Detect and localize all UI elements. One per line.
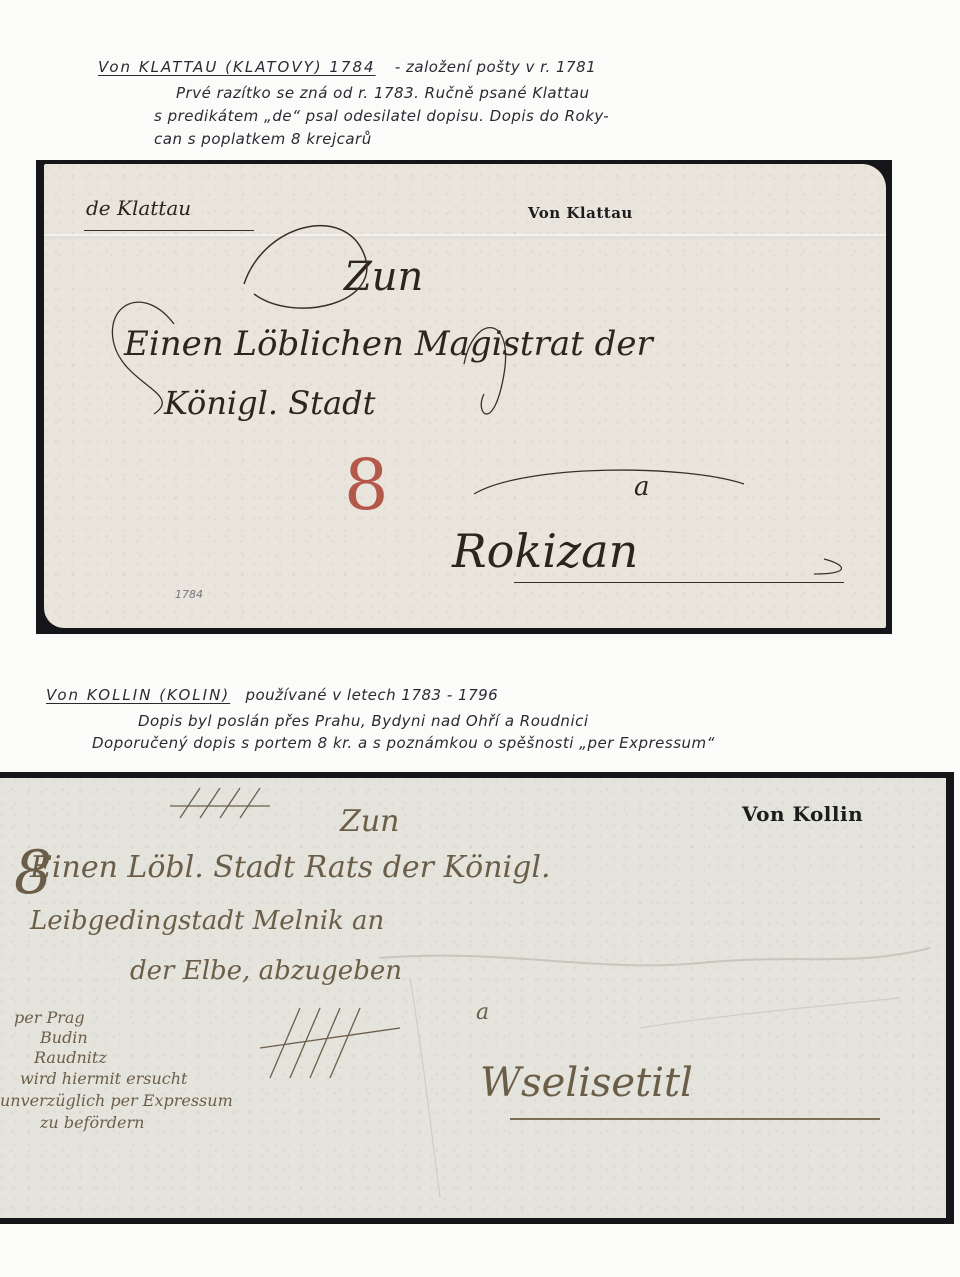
routing-note: per Prag Budin Raudnitz wird hiermit ers…: [0, 1008, 233, 1134]
section2-line-1: Dopis byl poslán přes Prahu, Bydyni nad …: [138, 712, 589, 730]
address-destination: Wselisetitl: [480, 1060, 693, 1106]
address-a: a: [476, 1000, 489, 1025]
section1-title: Von KLATTAU (KLATOVY) 1784: [98, 58, 376, 76]
fold-line: [44, 234, 886, 236]
section1-subtitle: - založení pošty v r. 1781: [395, 58, 596, 76]
pencil-year-note: 1784: [175, 588, 203, 601]
section1-caption: Von KLATTAU (KLATOVY) 1784 - založení po…: [98, 58, 596, 76]
manuscript-origin: de Klattau: [86, 196, 191, 220]
origin-underline: [84, 230, 254, 231]
address-line-2: Leibgedingstadt Melnik an: [30, 906, 384, 936]
routing-line-4: wird hiermit ersucht: [20, 1068, 253, 1090]
routing-line-6: zu befördern: [40, 1112, 273, 1134]
section1-line-3: can s poplatkem 8 krejcarů: [154, 130, 372, 148]
address-line-2: Königl. Stadt: [164, 384, 375, 422]
routing-line-5: unverzüglich per Expressum: [0, 1090, 233, 1112]
routing-line-1: per Prag: [14, 1008, 247, 1028]
address-line-1: Einen Löbl. Stadt Rats der Königl.: [30, 850, 550, 885]
section1-line-2: s predikátem „de“ psal odesilatel dopisu…: [154, 107, 609, 125]
routing-line-3: Raudnitz: [34, 1048, 267, 1068]
crossed-out-marks-and-creases: [0, 778, 946, 1218]
section2-caption: Von KOLLIN (KOLIN) používané v letech 17…: [46, 686, 498, 704]
address-einen-loeblichen: Einen Löblichen Magistrat der: [124, 324, 653, 364]
destination-underline: [510, 1118, 880, 1120]
letter1-cover: de Klattau Von Klattau Zun Einen Löblich…: [44, 164, 886, 628]
postmark-von-klattau: Von Klattau: [528, 204, 633, 222]
section2-title: Von KOLLIN (KOLIN): [46, 686, 230, 704]
postmark-von-kollin: Von Kollin: [742, 802, 863, 826]
address-a: a: [634, 472, 650, 502]
postage-mark-8: 8: [344, 444, 389, 526]
address-line-3: der Elbe, abzugeben: [130, 956, 402, 986]
section2-line-2: Doporučený dopis s portem 8 kr. a s pozn…: [92, 734, 715, 752]
letter2-cover: Von Kollin Zun Einen Löbl. Stadt Rats de…: [0, 778, 946, 1218]
address-destination: Rokizan: [452, 524, 638, 578]
section2-subtitle: používané v letech 1783 - 1796: [245, 686, 498, 704]
address-zun: Zun: [344, 254, 423, 300]
address-line-1: Einen Löblichen Magistrat der: [124, 324, 653, 364]
routing-line-2: Budin: [40, 1028, 273, 1048]
address-zun: Zun: [340, 804, 400, 839]
destination-underline: [514, 582, 844, 583]
postage-mark-8: 8: [14, 838, 52, 908]
section1-line-1: Prvé razítko se zná od r. 1783. Ručně ps…: [176, 84, 590, 102]
